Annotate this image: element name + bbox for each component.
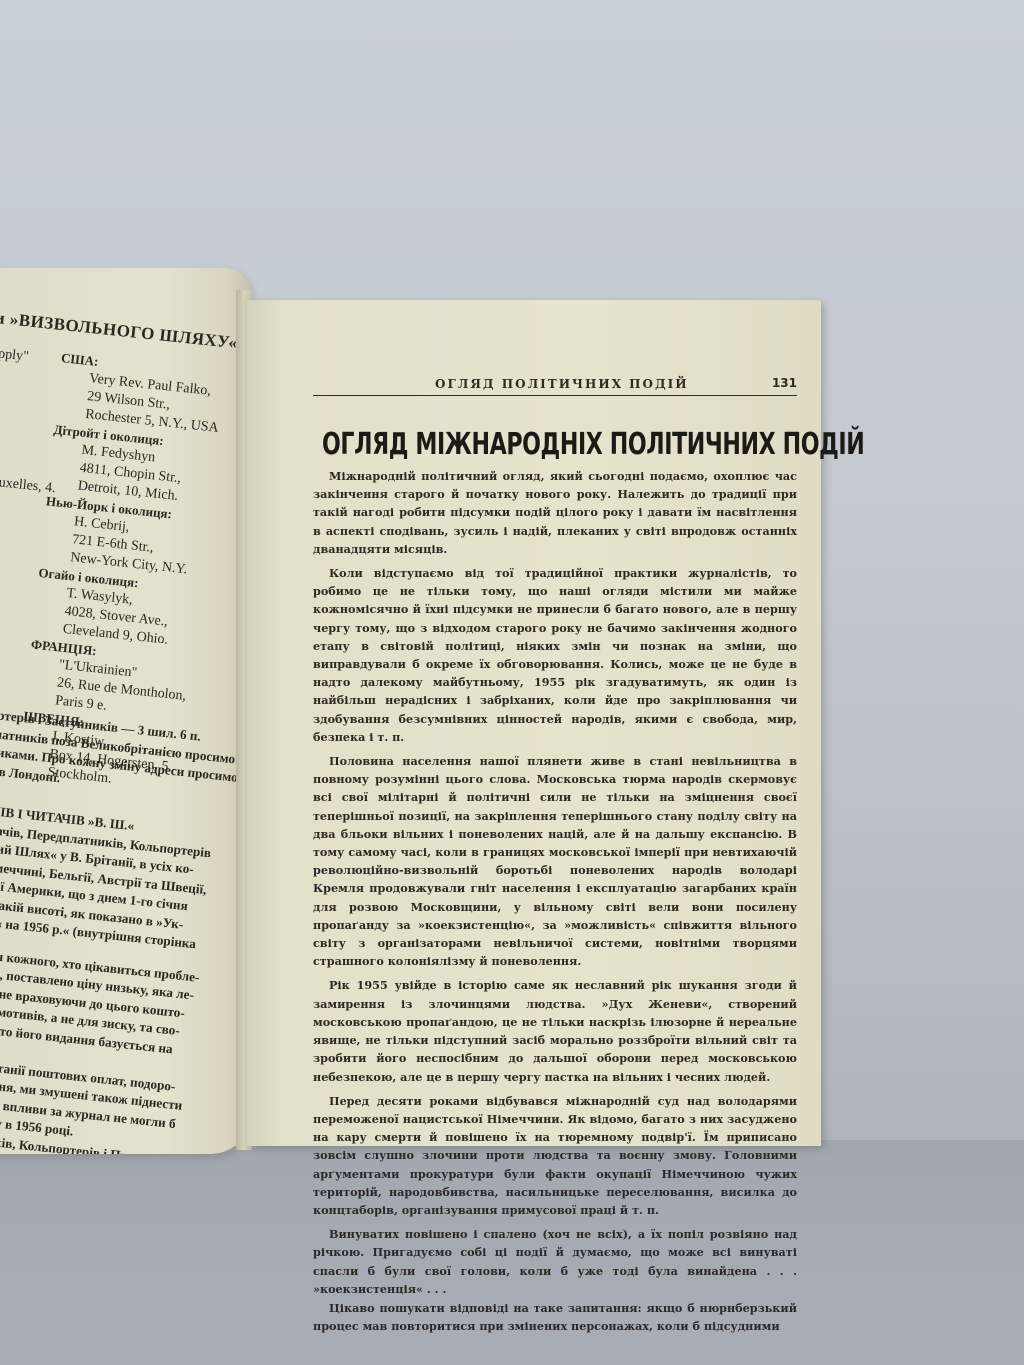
page-number: 131 [772, 376, 797, 390]
paragraph: Перед десяти роками відбувався міжнародн… [313, 1092, 797, 1219]
paragraph: Половина населення нашої плянети живе в … [313, 752, 797, 970]
running-header: ОГЛЯД ПОЛІТИЧНИХ ПОДІЙ 131 [313, 377, 797, 396]
paragraph: Міжнародній політичний огляд, який сього… [313, 467, 797, 558]
left-fragment: upply" [0, 346, 29, 366]
paragraph: Рік 1955 увійде в історію саме як неслав… [313, 976, 797, 1085]
paragraph: Винуватих повішено і спалено (хоч не всі… [313, 1225, 797, 1298]
article-title: ОГЛЯД МІЖНАРОДНІХ ПОЛІТИЧНИХ ПОДІЙ [322, 427, 716, 462]
paragraph: Коли відступаємо від тої традиційної пра… [313, 564, 797, 746]
right-page: ОГЛЯД ПОЛІТИЧНИХ ПОДІЙ 131 ОГЛЯД МІЖНАРО… [247, 300, 821, 1146]
left-page-notices: Кольпортерів і Заступників — 3 шил. 6 п.… [0, 702, 250, 1154]
running-title: ОГЛЯД ПОЛІТИЧНИХ ПОДІЙ [435, 377, 689, 391]
left-page-content: и »ВИЗВОЛЬНОГО ШЛЯХУ« upply" . , Bruxell… [0, 268, 250, 302]
paragraph: Цікаво пошукати відповіді на таке запита… [313, 1299, 797, 1335]
left-page-heading: и »ВИЗВОЛЬНОГО ШЛЯХУ« [0, 308, 239, 353]
left-page: и »ВИЗВОЛЬНОГО ШЛЯХУ« upply" . , Bruxell… [0, 268, 250, 1154]
article-body: Міжнародній політичний огляд, який сього… [313, 467, 797, 1336]
